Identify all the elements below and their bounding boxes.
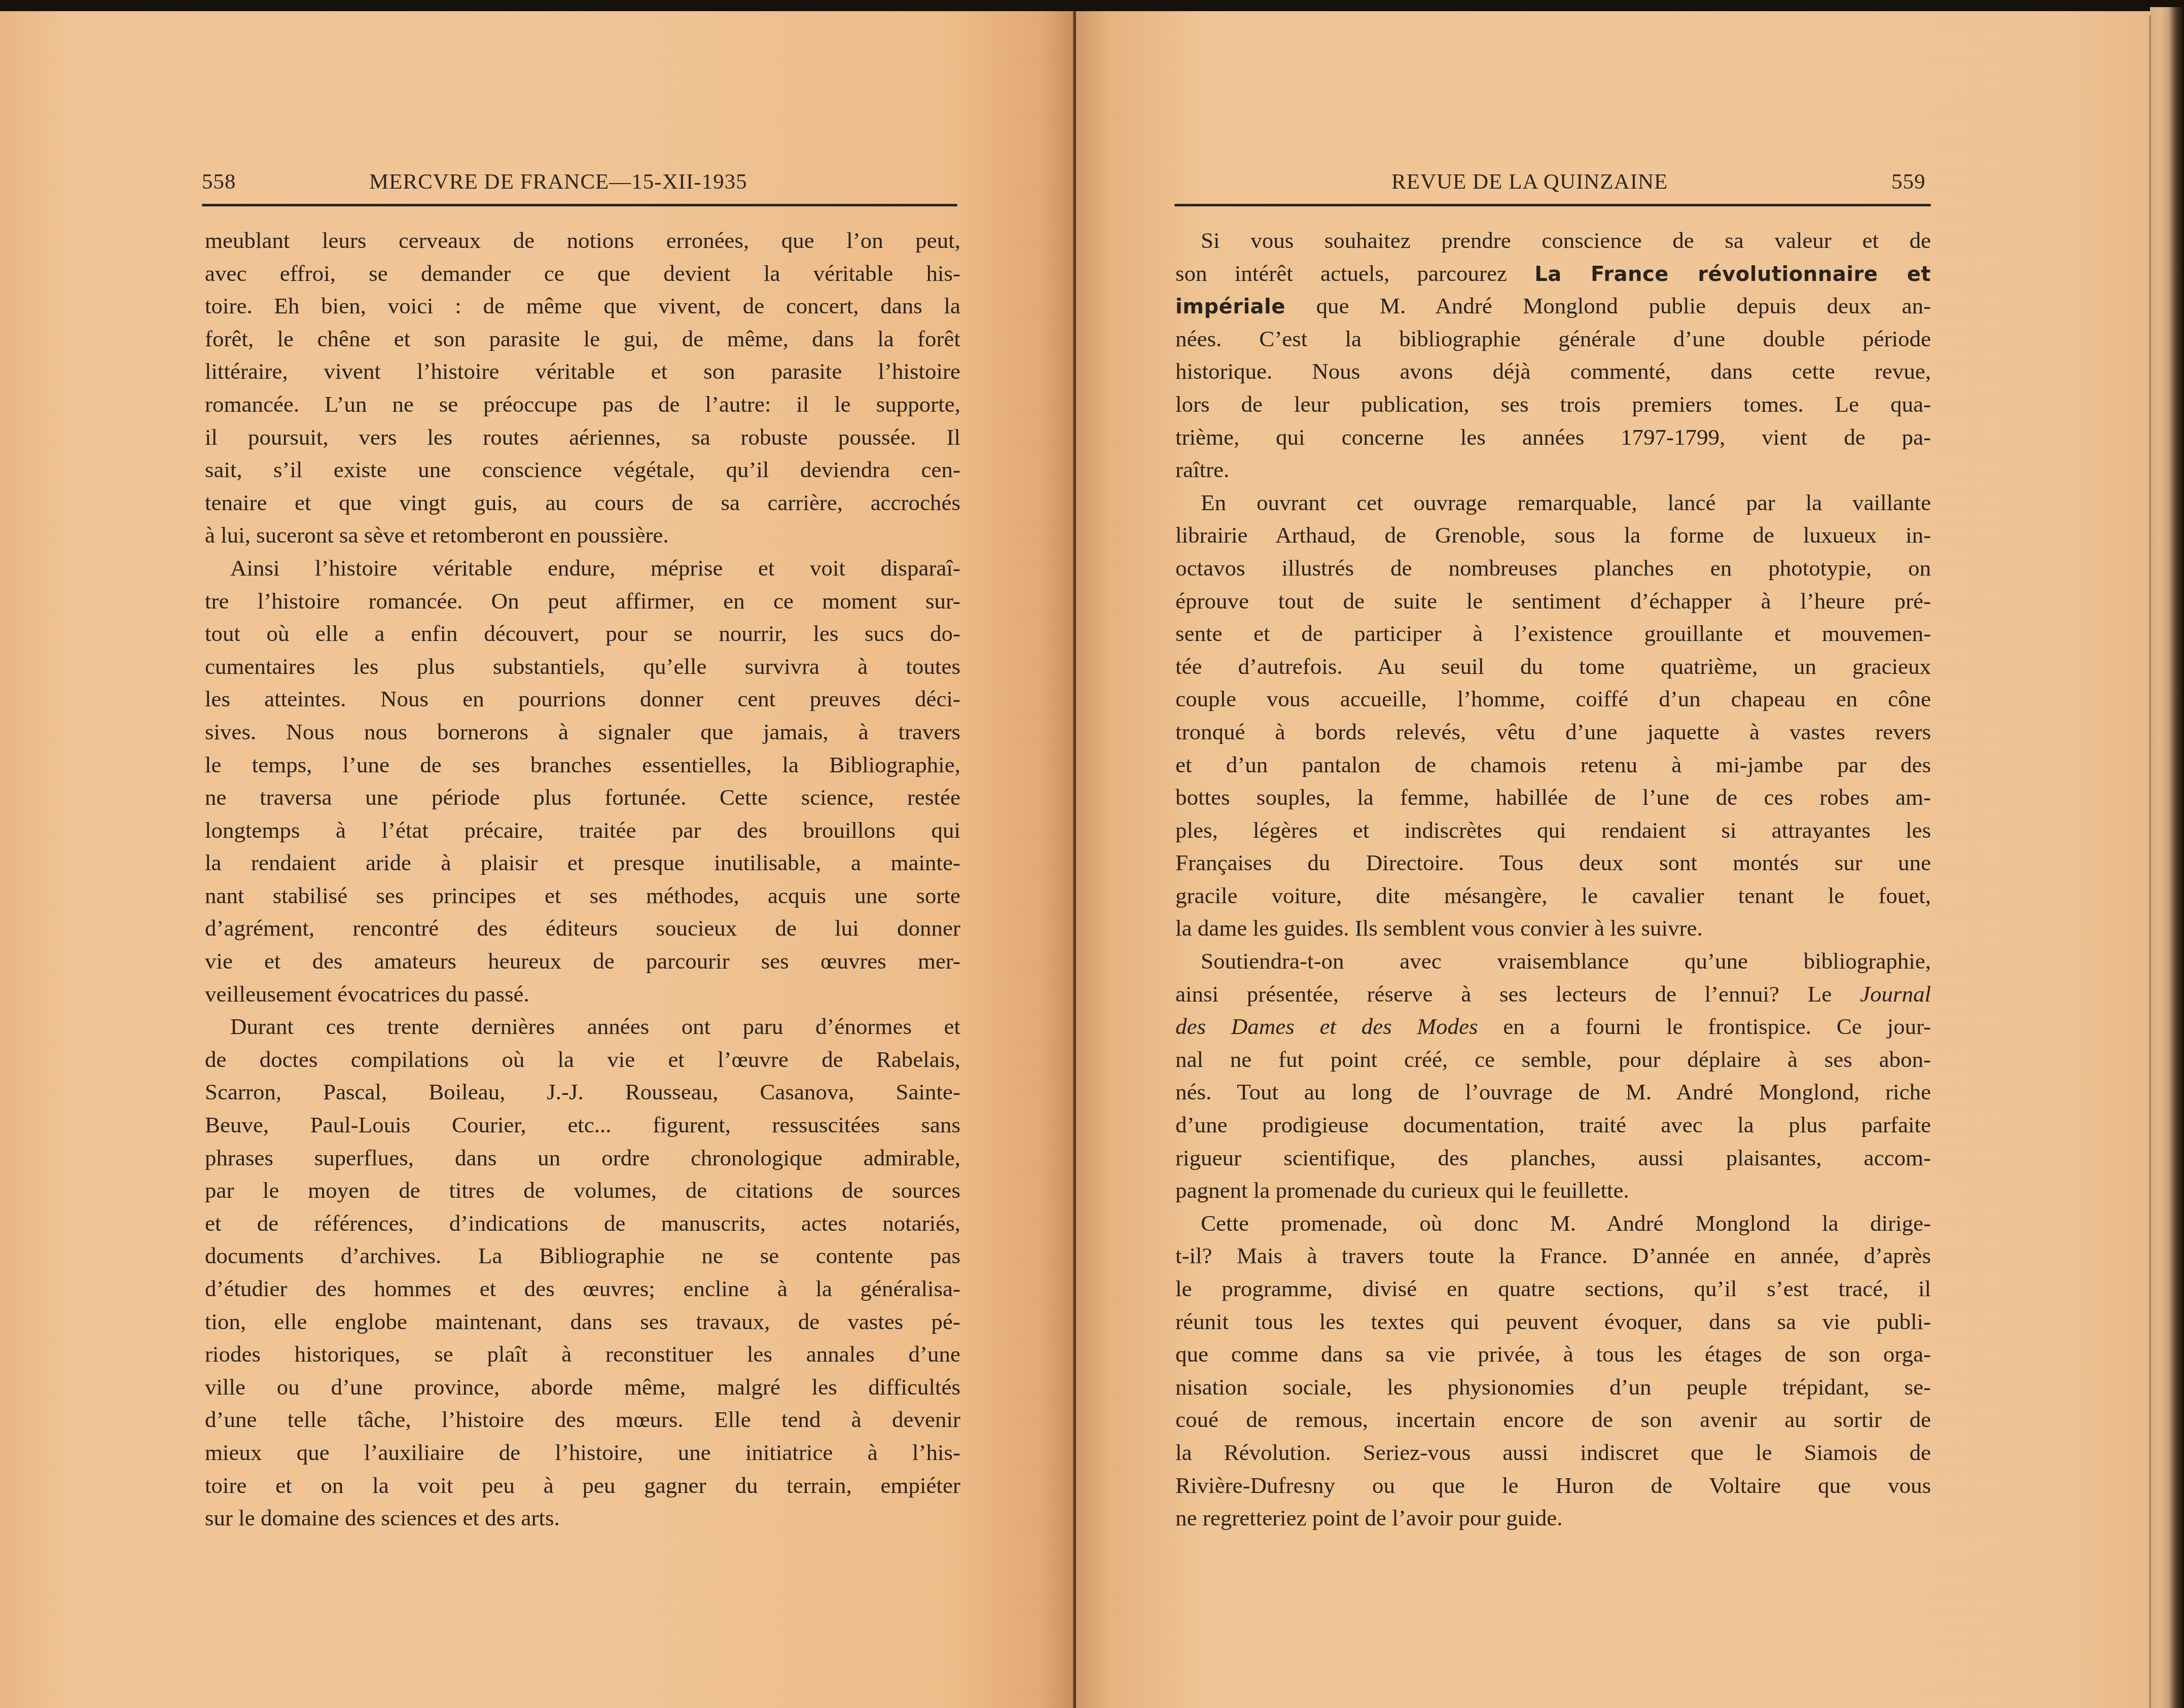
text-line: d’étudier des hommes et des œuvres; encl… — [205, 1272, 960, 1305]
text-run: ville ou d’une province, aborde même, ma… — [205, 1374, 960, 1400]
text-run: octavos illustrés de nombreuses planches… — [1175, 555, 1931, 581]
text-run: Scarron, Pascal, Boileau, J.-J. Rousseau… — [205, 1079, 960, 1105]
text-line: sur le domaine des sciences et des arts. — [205, 1502, 960, 1535]
text-run: tronqué à bords relevés, vêtu d’une jaqu… — [1175, 719, 1931, 744]
text-line: toire et on la voit peu à peu gagner du … — [205, 1469, 960, 1502]
text-run: d’une telle tâche, l’histoire des mœurs.… — [205, 1407, 960, 1432]
text-line: Soutiendra-t-on avec vraisemblance qu’un… — [1175, 945, 1931, 978]
text-line: par le moyen de titres de volumes, de ci… — [205, 1174, 960, 1207]
left-running-head-title: MERCVRE DE FRANCE—15-XII-1935 — [369, 169, 747, 194]
text-line: nal ne fut point créé, ce semble, pour d… — [1175, 1043, 1931, 1076]
text-line: tée d’autrefois. Au seuil du tome quatri… — [1175, 650, 1931, 683]
text-run: tenaire et que vingt guis, au cours de s… — [205, 490, 960, 515]
text-run: Durant ces trente dernières années ont p… — [230, 1014, 960, 1039]
italic-title-text: Journal — [1860, 981, 1931, 1007]
text-run: coué de remous, incertain encore de son … — [1175, 1407, 1931, 1432]
text-run: Françaises du Directoire. Tous deux sont… — [1175, 850, 1931, 875]
text-run: veilleusement évocatrices du passé. — [205, 981, 529, 1007]
right-running-head-title: REVUE DE LA QUINZAINE — [1391, 169, 1668, 194]
text-run: Si vous souhaitez prendre conscience de … — [1201, 228, 1931, 253]
text-run: de doctes compilations où la vie et l’œu… — [205, 1047, 960, 1072]
text-run: que M. André Monglond publie depuis deux… — [1285, 293, 1931, 318]
text-line: Françaises du Directoire. Tous deux sont… — [1175, 846, 1931, 879]
text-run: Beuve, Paul-Louis Courier, etc... figure… — [205, 1112, 960, 1137]
bold-title-text: impériale — [1175, 295, 1285, 318]
text-run: meublant leurs cerveaux de notions erron… — [205, 228, 960, 253]
text-line: ples, légères et indiscrètes qui rendaie… — [1175, 814, 1931, 847]
text-line: des Dames et des Modes en a fourni le fr… — [1175, 1010, 1931, 1043]
text-run: bottes souples, la femme, habillée de l’… — [1175, 785, 1931, 810]
text-run: longtemps à l’état précaire, traitée par… — [205, 817, 960, 843]
text-line: octavos illustrés de nombreuses planches… — [1175, 552, 1931, 585]
text-run: littéraire, vivent l’histoire véritable … — [205, 359, 960, 384]
text-line: ainsi présentée, réserve à ses lecteurs … — [1175, 978, 1931, 1011]
text-line: nisation sociale, les physionomies d’un … — [1175, 1371, 1931, 1404]
text-run: éprouve tout de suite le sentiment d’éch… — [1175, 588, 1931, 614]
left-header-rule — [202, 204, 957, 206]
italic-title-text: des Dames et des Modes — [1175, 1014, 1478, 1039]
text-run: tion, elle englobe maintenant, dans ses … — [205, 1309, 960, 1334]
text-run: ples, légères et indiscrètes qui rendaie… — [1175, 817, 1931, 843]
text-run: rigueur scientifique, des planches, auss… — [1175, 1145, 1931, 1170]
text-run: tout où elle a enfin découvert, pour se … — [205, 621, 960, 646]
text-line: vie et des amateurs heureux de parcourir… — [205, 945, 960, 978]
text-run: nées. C’est la bibliographie générale d’… — [1175, 326, 1931, 351]
text-line: Rivière-Dufresny ou que le Huron de Volt… — [1175, 1469, 1931, 1502]
left-running-header: 558 MERCVRE DE FRANCE—15-XII-1935 — [0, 169, 1074, 200]
text-line: cumentaires les plus substantiels, qu’el… — [205, 650, 960, 683]
text-run: les atteintes. Nous en pourrions donner … — [205, 686, 960, 711]
text-line: impériale que M. André Monglond publie d… — [1175, 290, 1931, 323]
text-run: riodes historiques, se plaît à reconstit… — [205, 1341, 960, 1367]
text-run: sur le domaine des sciences et des arts. — [205, 1505, 560, 1531]
text-run: Cette promenade, où donc M. André Monglo… — [1201, 1211, 1931, 1236]
text-line: tion, elle englobe maintenant, dans ses … — [205, 1305, 960, 1338]
text-run: d’agrément, rencontré des éditeurs souci… — [205, 915, 960, 941]
text-run: la rendaient aride à plaisir et presque … — [205, 850, 960, 875]
text-line: nant stabilisé ses principes et ses méth… — [205, 879, 960, 912]
text-line: tout où elle a enfin découvert, pour se … — [205, 617, 960, 650]
text-line: trième, qui concerne les années 1797-179… — [1175, 421, 1931, 454]
text-line: le programme, divisé en quatre sections,… — [1175, 1272, 1931, 1305]
text-line: raître. — [1175, 453, 1931, 486]
text-run: réunit tous les textes qui peuvent évoqu… — [1175, 1309, 1931, 1334]
text-line: les atteintes. Nous en pourrions donner … — [205, 683, 960, 716]
text-run: cumentaires les plus substantiels, qu’el… — [205, 654, 960, 679]
text-run: raître. — [1175, 457, 1229, 482]
text-run: mieux que l’auxiliaire de l’histoire, un… — [205, 1440, 960, 1465]
text-line: avec effroi, se demander ce que devient … — [205, 257, 960, 290]
left-page-number: 558 — [202, 169, 236, 194]
text-line: mieux que l’auxiliaire de l’histoire, un… — [205, 1436, 960, 1469]
text-line: son intérêt actuels, parcourez La France… — [1175, 257, 1931, 290]
left-page-body: meublant leurs cerveaux de notions erron… — [205, 224, 960, 1535]
right-page-number: 559 — [1891, 169, 1926, 194]
text-line: sente et de participer à l’existence gro… — [1175, 617, 1931, 650]
text-line: la rendaient aride à plaisir et presque … — [205, 846, 960, 879]
text-run: romancée. L’un ne se préoccupe pas de l’… — [205, 392, 960, 417]
text-run: toire et on la voit peu à peu gagner du … — [205, 1473, 960, 1498]
text-run: documents d’archives. La Bibliographie n… — [205, 1243, 960, 1268]
text-run: avec effroi, se demander ce que devient … — [205, 261, 960, 286]
text-line: rigueur scientifique, des planches, auss… — [1175, 1142, 1931, 1175]
text-line: bottes souples, la femme, habillée de l’… — [1175, 781, 1931, 814]
text-line: longtemps à l’état précaire, traitée par… — [205, 814, 960, 847]
text-line: à lui, suceront sa sève et retomberont e… — [205, 519, 960, 552]
text-run: d’étudier des hommes et des œuvres; encl… — [205, 1276, 960, 1301]
text-line: Beuve, Paul-Louis Courier, etc... figure… — [205, 1109, 960, 1142]
text-line: forêt, le chêne et son parasite le gui, … — [205, 323, 960, 355]
text-line: sait, s’il existe une conscience végétal… — [205, 453, 960, 486]
text-line: Si vous souhaitez prendre conscience de … — [1175, 224, 1931, 257]
text-run: toire. Eh bien, voici : de même que vive… — [205, 293, 960, 318]
text-line: couple vous accueille, l’homme, coiffé d… — [1175, 683, 1931, 716]
text-line: Scarron, Pascal, Boileau, J.-J. Rousseau… — [205, 1076, 960, 1109]
text-run: la dame les guides. Ils semblent vous co… — [1175, 915, 1703, 941]
text-line: nés. Tout au long de l’ouvrage de M. And… — [1175, 1076, 1931, 1109]
text-line: ne regretteriez point de l’avoir pour gu… — [1175, 1502, 1931, 1535]
text-run: couple vous accueille, l’homme, coiffé d… — [1175, 686, 1931, 711]
right-page: REVUE DE LA QUINZAINE 559 Si vous souhai… — [1076, 11, 2150, 1708]
text-line: la dame les guides. Ils semblent vous co… — [1175, 912, 1931, 945]
text-line: Durant ces trente dernières années ont p… — [205, 1010, 960, 1043]
right-header-rule — [1174, 204, 1931, 206]
text-line: lors de leur publication, ses trois prem… — [1175, 388, 1931, 421]
right-page-body: Si vous souhaitez prendre conscience de … — [1175, 224, 1931, 1535]
text-line: réunit tous les textes qui peuvent évoqu… — [1175, 1305, 1931, 1338]
text-run: historique. Nous avons déjà commenté, da… — [1175, 359, 1931, 384]
text-line: éprouve tout de suite le sentiment d’éch… — [1175, 585, 1931, 618]
book-fore-edge — [2150, 7, 2184, 1708]
text-run: vie et des amateurs heureux de parcourir… — [205, 948, 960, 974]
text-line: historique. Nous avons déjà commenté, da… — [1175, 355, 1931, 388]
text-run: Soutiendra-t-on avec vraisemblance qu’un… — [1201, 948, 1931, 974]
text-run: ainsi présentée, réserve à ses lecteurs … — [1175, 981, 1860, 1007]
text-line: le temps, l’une de ses branches essentie… — [205, 749, 960, 781]
text-line: documents d’archives. La Bibliographie n… — [205, 1239, 960, 1272]
text-run: lors de leur publication, ses trois prem… — [1175, 392, 1931, 417]
text-run: tre l’histoire romancée. On peut affirme… — [205, 588, 960, 614]
text-line: il poursuit, vers les routes aériennes, … — [205, 421, 960, 454]
book-spread: 558 MERCVRE DE FRANCE—15-XII-1935 meubla… — [0, 11, 2150, 1708]
text-run: son intérêt actuels, parcourez — [1175, 261, 1534, 286]
text-run: En ouvrant cet ouvrage remarquable, lanc… — [1201, 490, 1931, 515]
text-line: d’une telle tâche, l’histoire des mœurs.… — [205, 1403, 960, 1436]
text-line: sives. Nous nous bornerons à signaler qu… — [205, 716, 960, 749]
text-line: veilleusement évocatrices du passé. — [205, 978, 960, 1011]
text-line: Ainsi l’histoire véritable endure, mépri… — [205, 552, 960, 585]
text-line: d’agrément, rencontré des éditeurs souci… — [205, 912, 960, 945]
text-run: il poursuit, vers les routes aériennes, … — [205, 424, 960, 450]
text-run: la Révolution. Seriez-vous aussi indiscr… — [1175, 1440, 1931, 1465]
text-run: le temps, l’une de ses branches essentie… — [205, 752, 960, 777]
text-run: par le moyen de titres de volumes, de ci… — [205, 1178, 960, 1203]
text-run: et de références, d’indications de manus… — [205, 1211, 960, 1236]
text-run: trième, qui concerne les années 1797-179… — [1175, 424, 1931, 450]
text-run: ne regretteriez point de l’avoir pour gu… — [1175, 1505, 1562, 1531]
left-page: 558 MERCVRE DE FRANCE—15-XII-1935 meubla… — [0, 11, 1074, 1708]
text-run: sente et de participer à l’existence gro… — [1175, 621, 1931, 646]
text-run: phrases superflues, dans un ordre chrono… — [205, 1145, 960, 1170]
scan-background-top — [0, 0, 2184, 12]
text-run: t-il? Mais à travers toute la France. D’… — [1175, 1243, 1931, 1268]
text-line: En ouvrant cet ouvrage remarquable, lanc… — [1175, 486, 1931, 519]
text-line: de doctes compilations où la vie et l’œu… — [205, 1043, 960, 1076]
text-line: phrases superflues, dans un ordre chrono… — [205, 1142, 960, 1175]
right-running-header: REVUE DE LA QUINZAINE 559 — [1076, 169, 2150, 200]
text-line: coué de remous, incertain encore de son … — [1175, 1403, 1931, 1436]
text-run: nés. Tout au long de l’ouvrage de M. And… — [1175, 1079, 1931, 1105]
text-run: tée d’autrefois. Au seuil du tome quatri… — [1175, 654, 1931, 679]
text-run: ne traversa une période plus fortunée. C… — [205, 785, 960, 810]
text-line: d’une prodigieuse documentation, traité … — [1175, 1109, 1931, 1142]
text-run: pagnent la promenade du curieux qui le f… — [1175, 1178, 1629, 1203]
text-line: que comme dans sa vie privée, à tous les… — [1175, 1338, 1931, 1371]
text-run: Rivière-Dufresny ou que le Huron de Volt… — [1175, 1473, 1931, 1498]
text-run: nant stabilisé ses principes et ses méth… — [205, 883, 960, 908]
text-line: ville ou d’une province, aborde même, ma… — [205, 1371, 960, 1404]
text-line: librairie Arthaud, de Grenoble, sous la … — [1175, 519, 1931, 552]
bold-title-text: La France révolutionnaire et — [1534, 263, 1931, 286]
text-line: nées. C’est la bibliographie générale d’… — [1175, 323, 1931, 355]
text-line: tre l’histoire romancée. On peut affirme… — [205, 585, 960, 618]
text-line: riodes historiques, se plaît à reconstit… — [205, 1338, 960, 1371]
text-line: et de références, d’indications de manus… — [205, 1207, 960, 1240]
text-line: et d’un pantalon de chamois retenu à mi-… — [1175, 749, 1931, 781]
text-line: t-il? Mais à travers toute la France. D’… — [1175, 1239, 1931, 1272]
text-run: librairie Arthaud, de Grenoble, sous la … — [1175, 522, 1931, 548]
text-line: la Révolution. Seriez-vous aussi indiscr… — [1175, 1436, 1931, 1469]
text-line: romancée. L’un ne se préoccupe pas de l’… — [205, 388, 960, 421]
text-run: Ainsi l’histoire véritable endure, mépri… — [230, 555, 960, 581]
text-line: tenaire et que vingt guis, au cours de s… — [205, 486, 960, 519]
text-line: meublant leurs cerveaux de notions erron… — [205, 224, 960, 257]
text-line: toire. Eh bien, voici : de même que vive… — [205, 290, 960, 323]
text-line: pagnent la promenade du curieux qui le f… — [1175, 1174, 1931, 1207]
text-run: en a fourni le frontispice. Ce jour- — [1478, 1014, 1931, 1039]
text-run: le programme, divisé en quatre sections,… — [1175, 1276, 1931, 1301]
text-line: ne traversa une période plus fortunée. C… — [205, 781, 960, 814]
text-line: Cette promenade, où donc M. André Monglo… — [1175, 1207, 1931, 1240]
fore-edge-line — [2149, 15, 2151, 1708]
text-line: gracile voiture, dite mésangère, le cava… — [1175, 879, 1931, 912]
text-line: littéraire, vivent l’histoire véritable … — [205, 355, 960, 388]
text-run: et d’un pantalon de chamois retenu à mi-… — [1175, 752, 1931, 777]
text-run: sait, s’il existe une conscience végétal… — [205, 457, 960, 482]
text-run: forêt, le chêne et son parasite le gui, … — [205, 326, 960, 351]
text-line: tronqué à bords relevés, vêtu d’une jaqu… — [1175, 716, 1931, 749]
text-run: à lui, suceront sa sève et retomberont e… — [205, 522, 669, 548]
text-run: que comme dans sa vie privée, à tous les… — [1175, 1341, 1931, 1367]
text-run: nal ne fut point créé, ce semble, pour d… — [1175, 1047, 1931, 1072]
text-run: d’une prodigieuse documentation, traité … — [1175, 1112, 1931, 1137]
text-run: sives. Nous nous bornerons à signaler qu… — [205, 719, 960, 744]
text-run: nisation sociale, les physionomies d’un … — [1175, 1374, 1931, 1400]
text-run: gracile voiture, dite mésangère, le cava… — [1175, 883, 1931, 908]
